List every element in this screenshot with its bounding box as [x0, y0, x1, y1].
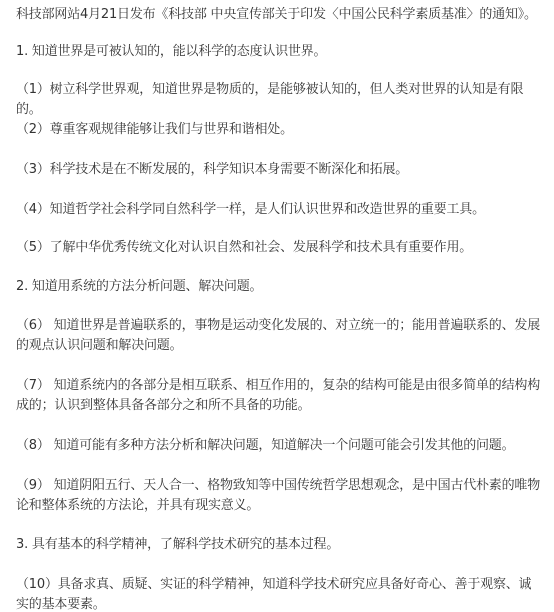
section-3-heading: 3. 具有基本的科学精神，了解科学技术研究的基本过程。 — [16, 535, 542, 555]
item-8: （8） 知道可能有多种方法分析和解决问题，知道解决一个问题可能会引发其他的问题。 — [16, 436, 542, 456]
item-6: （6） 知道世界是普遍联系的，事物是运动变化发展的、对立统一的；能用普遍联系的、… — [16, 316, 542, 356]
item-9: （9） 知道阴阳五行、天人合一、格物致知等中国传统哲学思想观念，是中国古代朴素的… — [16, 476, 542, 516]
section-1-heading: 1. 知道世界是可被认知的，能以科学的态度认识世界。 — [16, 42, 542, 62]
item-1: （1）树立科学世界观，知道世界是物质的，是能够被认知的，但人类对世界的认知是有限… — [16, 80, 542, 120]
item-4: （4）知道哲学社会科学同自然科学一样，是人们认识世界和改造世界的重要工具。 — [16, 200, 542, 220]
item-5: （5）了解中华优秀传统文化对认识自然和社会、发展科学和技术具有重要作用。 — [16, 238, 542, 258]
intro-paragraph: 科技部网站4月21日发布《科技部 中央宣传部关于印发〈中国公民科学素质基准〉的通… — [16, 5, 542, 25]
item-3: （3）科学技术是在不断发展的，科学知识本身需要不断深化和拓展。 — [16, 160, 542, 180]
item-2: （2）尊重客观规律能够让我们与世界和谐相处。 — [16, 120, 542, 140]
item-7: （7） 知道系统内的各部分是相互联系、相互作用的，复杂的结构可能是由很多简单的结… — [16, 376, 542, 416]
section-2-heading: 2. 知道用系统的方法分析问题、解决问题。 — [16, 277, 542, 297]
item-10: （10）具备求真、质疑、实证的科学精神，知道科学技术研究应具备好奇心、善于观察、… — [16, 575, 542, 612]
